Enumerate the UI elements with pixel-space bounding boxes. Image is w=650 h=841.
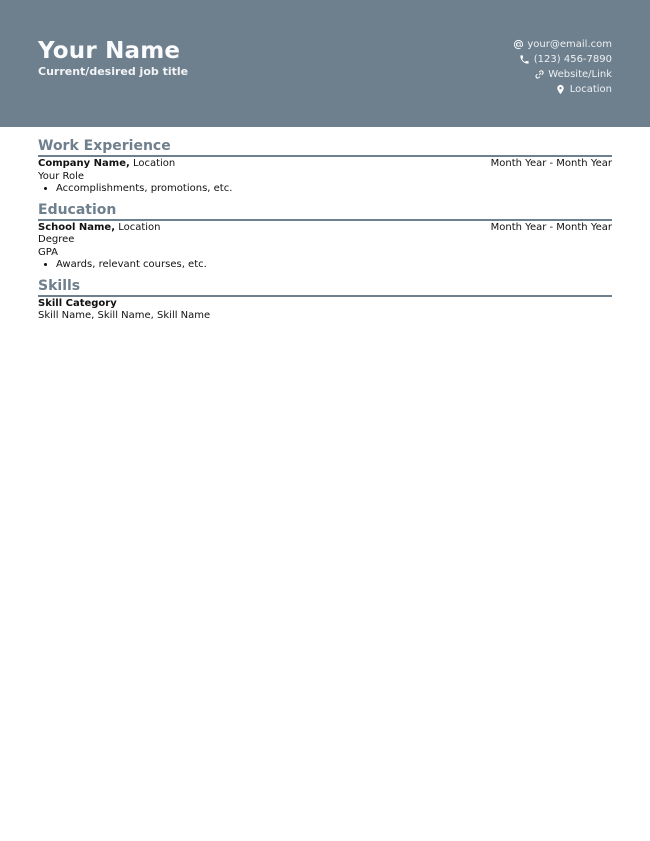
education-bullets: Awards, relevant courses, etc. [38, 259, 612, 272]
contact-email[interactable]: your@email.com [512, 37, 612, 52]
section-education: Education School Name, Location Month Ye… [38, 202, 612, 272]
section-title: Skills [38, 278, 612, 297]
full-name: Your Name [38, 38, 180, 64]
job-entry-header: Company Name, Location Month Year - Mont… [38, 158, 612, 171]
contact-website-text: Website/Link [548, 69, 612, 80]
resume-body: Work Experience Company Name, Location M… [38, 138, 612, 329]
contact-phone[interactable]: (123) 456-7890 [512, 52, 612, 67]
skill-category: Skill Category [38, 298, 612, 311]
section-work-experience: Work Experience Company Name, Location M… [38, 138, 612, 196]
degree: Degree [38, 234, 612, 247]
link-icon [533, 69, 545, 81]
contact-email-text: your@email.com [527, 39, 612, 50]
job-title: Current/desired job title [38, 65, 188, 78]
company-location: Location [133, 158, 175, 169]
contact-list: your@email.com (123) 456-7890 Website/Li… [512, 37, 612, 97]
school-entry-header: School Name, Location Month Year - Month… [38, 222, 612, 235]
contact-location-text: Location [570, 84, 612, 95]
map-pin-icon [555, 84, 567, 96]
school-line: School Name, Location [38, 222, 161, 235]
list-item: Accomplishments, promotions, etc. [56, 183, 612, 196]
job-dates: Month Year - Month Year [491, 158, 612, 171]
school-name: School Name, [38, 222, 115, 233]
contact-phone-text: (123) 456-7890 [534, 54, 612, 65]
skill-list: Skill Name, Skill Name, Skill Name [38, 310, 612, 323]
section-title: Education [38, 202, 612, 221]
list-item: Awards, relevant courses, etc. [56, 259, 612, 272]
resume-header: Your Name Current/desired job title your… [0, 0, 650, 127]
at-icon [512, 39, 524, 51]
job-role: Your Role [38, 171, 612, 184]
gpa: GPA [38, 247, 612, 260]
company-line: Company Name, Location [38, 158, 175, 171]
job-bullets: Accomplishments, promotions, etc. [38, 183, 612, 196]
school-dates: Month Year - Month Year [491, 222, 612, 235]
company-name: Company Name, [38, 158, 130, 169]
school-location: Location [118, 222, 160, 233]
section-title: Work Experience [38, 138, 612, 157]
contact-website[interactable]: Website/Link [512, 67, 612, 82]
section-skills: Skills Skill Category Skill Name, Skill … [38, 278, 612, 323]
phone-icon [519, 54, 531, 66]
contact-location: Location [512, 82, 612, 97]
